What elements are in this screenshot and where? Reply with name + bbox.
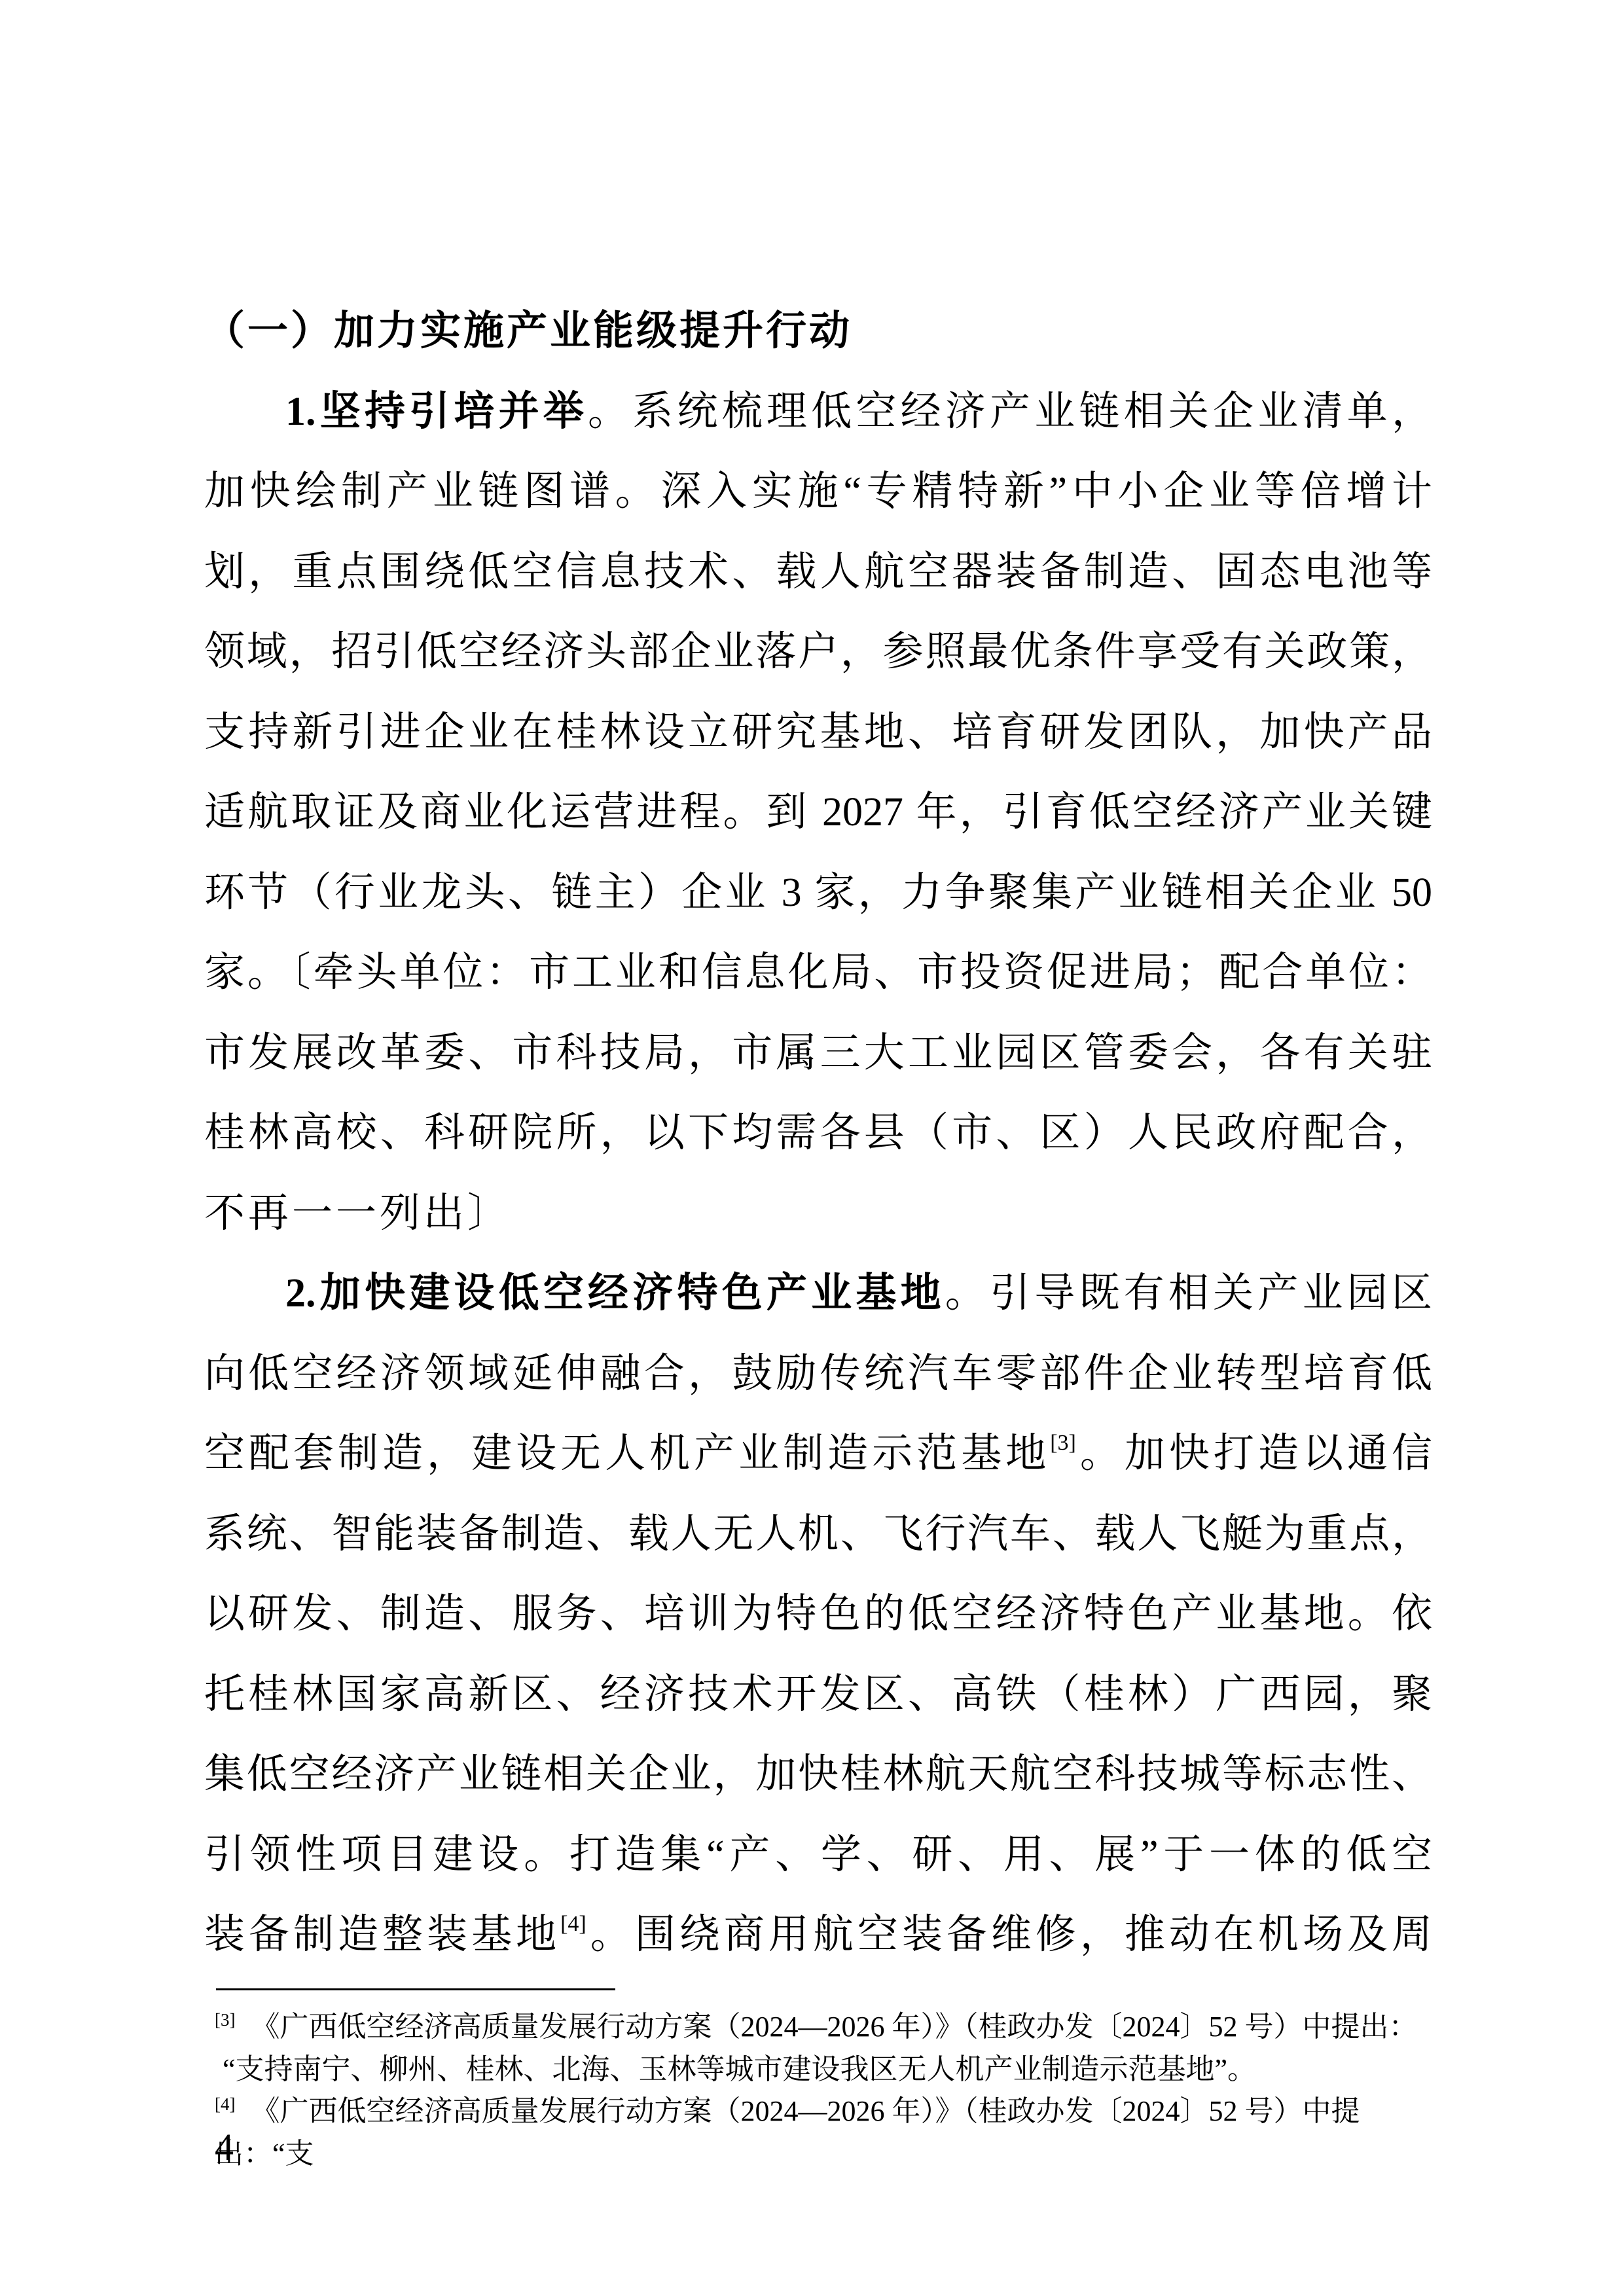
text-run: 系统、智能装备制造、载人无人机、飞行汽车、载人飞艇为重点， [204, 1512, 1432, 1556]
footnote-ref: [3] [1050, 1431, 1076, 1455]
text-run: 向低空经济领域延伸融合，鼓励传统汽车零部件企业转型培育低 [204, 1352, 1432, 1396]
text-run: 桂林高校、科研院所，以下均需各县（市、区）人民政府配合， [204, 1111, 1432, 1155]
text-run: 领域，招引低空经济头部企业落户，参照最优条件享受有关政策， [204, 630, 1432, 674]
bold-text-run: 2.加快建设低空经济特色产业基地 [285, 1271, 945, 1316]
section-heading: （一）加力实施产业能级提升行动 [204, 291, 1432, 372]
body-line: 空配套制造，建设无人机产业制造示范基地[3]。加快打造以通信 [204, 1414, 1432, 1494]
text-run: 适航取证及商业化运营进程。到 2027 年，引育低空经济产业关键 [204, 790, 1432, 834]
body-line: 领域，招引低空经济头部企业落户，参照最优条件享受有关政策， [204, 612, 1432, 692]
text-run: 引领性项目建设。打造集“产、学、研、用、展”于一体的低空 [204, 1833, 1432, 1877]
text-run: 支持新引进企业在桂林设立研究基地、培育研发团队，加快产品 [204, 710, 1432, 755]
footnotes-area: [3]《广西低空经济高质量发展行动方案（2024—2026 年）》（桂政办发〔2… [204, 1988, 1432, 2175]
body-line: 不再一一列出〕 [204, 1174, 1432, 1254]
text-run: 市发展改革委、市科技局，市属三大工业园区管委会，各有关驻 [204, 1031, 1432, 1075]
body-line: 2.加快建设低空经济特色产业基地。引导既有相关产业园区 [204, 1253, 1432, 1334]
footnote-marker: [3] [215, 2010, 235, 2030]
body-line: 托桂林国家高新区、经济技术开发区、高铁（桂林）广西园，聚 [204, 1655, 1432, 1735]
body-line: 环节（行业龙头、链主）企业 3 家，力争聚集产业链相关企业 50 [204, 853, 1432, 933]
body-line: 家。〔牵头单位：市工业和信息化局、市投资促进局；配合单位： [204, 933, 1432, 1013]
text-run: 托桂林国家高新区、经济技术开发区、高铁（桂林）广西园，聚 [204, 1672, 1432, 1717]
body-line: 桂林高校、科研院所，以下均需各县（市、区）人民政府配合， [204, 1093, 1432, 1174]
text-run: 装备制造整装基地 [204, 1912, 560, 1957]
body-line: 市发展改革委、市科技局，市属三大工业园区管委会，各有关驻 [204, 1013, 1432, 1094]
text-run: 不再一一列出〕 [204, 1191, 511, 1236]
text-run: 集低空经济产业链相关企业，加快桂林航天航空科技城等标志性、 [204, 1752, 1432, 1797]
text-run: 以研发、制造、服务、培训为特色的低空经济特色产业基地。依 [204, 1592, 1432, 1636]
body-line: 支持新引进企业在桂林设立研究基地、培育研发团队，加快产品 [204, 692, 1432, 773]
body-line: 集低空经济产业链相关企业，加快桂林航天航空科技城等标志性、 [204, 1734, 1432, 1815]
footnote-marker: [4] [215, 2094, 235, 2114]
page-number: 4 [215, 2128, 234, 2166]
footnote-line: [4]《广西低空经济高质量发展行动方案（2024—2026 年）》（桂政办发〔2… [204, 2090, 1432, 2175]
body-line: 系统、智能装备制造、载人无人机、飞行汽车、载人飞艇为重点， [204, 1494, 1432, 1575]
footnote-text: 《广西低空经济高质量发展行动方案（2024—2026 年）》（桂政办发〔2024… [251, 2011, 1417, 2043]
body-line: 装备制造整装基地[4]。围绕商用航空装备维修，推动在机场及周 [204, 1895, 1432, 1975]
text-run: 。加快打造以通信 [1076, 1431, 1432, 1476]
text-run: 加快绘制产业链图谱。深入实施“专精特新”中小企业等倍增计 [204, 469, 1432, 514]
text-run: 环节（行业龙头、链主）企业 3 家，力争聚集产业链相关企业 50 [204, 870, 1432, 915]
body-line: 适航取证及商业化运营进程。到 2027 年，引育低空经济产业关键 [204, 772, 1432, 853]
text-run: 。引导既有相关产业园区 [945, 1271, 1432, 1316]
text-run: 。围绕商用航空装备维修，推动在机场及周 [586, 1912, 1432, 1957]
footnote-text: “支持南宁、柳州、桂林、北海、玉林等城市建设我区无人机产业制造示范基地”。 [223, 2053, 1256, 2085]
footnote-text: 《广西低空经济高质量发展行动方案（2024—2026 年）》（桂政办发〔2024… [215, 2095, 1360, 2170]
body-line: 以研发、制造、服务、培训为特色的低空经济特色产业基地。依 [204, 1574, 1432, 1655]
bold-text-run: 1.坚持引培并举 [285, 389, 588, 434]
footnote-ref: [4] [560, 1912, 586, 1936]
body-line: 向低空经济领域延伸融合，鼓励传统汽车零部件企业转型培育低 [204, 1334, 1432, 1414]
text-run: 。系统梳理低空经济产业链相关企业清单， [588, 389, 1432, 434]
text-run: 空配套制造，建设无人机产业制造示范基地 [204, 1431, 1050, 1476]
footnote-lines: [3]《广西低空经济高质量发展行动方案（2024—2026 年）》（桂政办发〔2… [204, 2006, 1432, 2175]
footnote-line: [3]《广西低空经济高质量发展行动方案（2024—2026 年）》（桂政办发〔2… [204, 2006, 1432, 2049]
text-run: 家。〔牵头单位：市工业和信息化局、市投资促进局；配合单位： [204, 950, 1432, 995]
body-line: 引领性项目建设。打造集“产、学、研、用、展”于一体的低空 [204, 1815, 1432, 1895]
text-run: 划，重点围绕低空信息技术、载人航空器装备制造、固态电池等 [204, 550, 1432, 594]
body-line: 加快绘制产业链图谱。深入实施“专精特新”中小企业等倍增计 [204, 452, 1432, 532]
body-paragraphs: 1.坚持引培并举。系统梳理低空经济产业链相关企业清单，加快绘制产业链图谱。深入实… [204, 372, 1432, 1975]
footnote-line: “支持南宁、柳州、桂林、北海、玉林等城市建设我区无人机产业制造示范基地”。 [204, 2049, 1432, 2091]
body-line: 划，重点围绕低空信息技术、载人航空器装备制造、固态电池等 [204, 532, 1432, 613]
body-line: 1.坚持引培并举。系统梳理低空经济产业链相关企业清单， [204, 372, 1432, 452]
document-page: （一）加力实施产业能级提升行动 1.坚持引培并举。系统梳理低空经济产业链相关企业… [0, 0, 1624, 2296]
body-text: （一）加力实施产业能级提升行动 1.坚持引培并举。系统梳理低空经济产业链相关企业… [204, 291, 1432, 1975]
footnote-separator [216, 1988, 615, 1990]
